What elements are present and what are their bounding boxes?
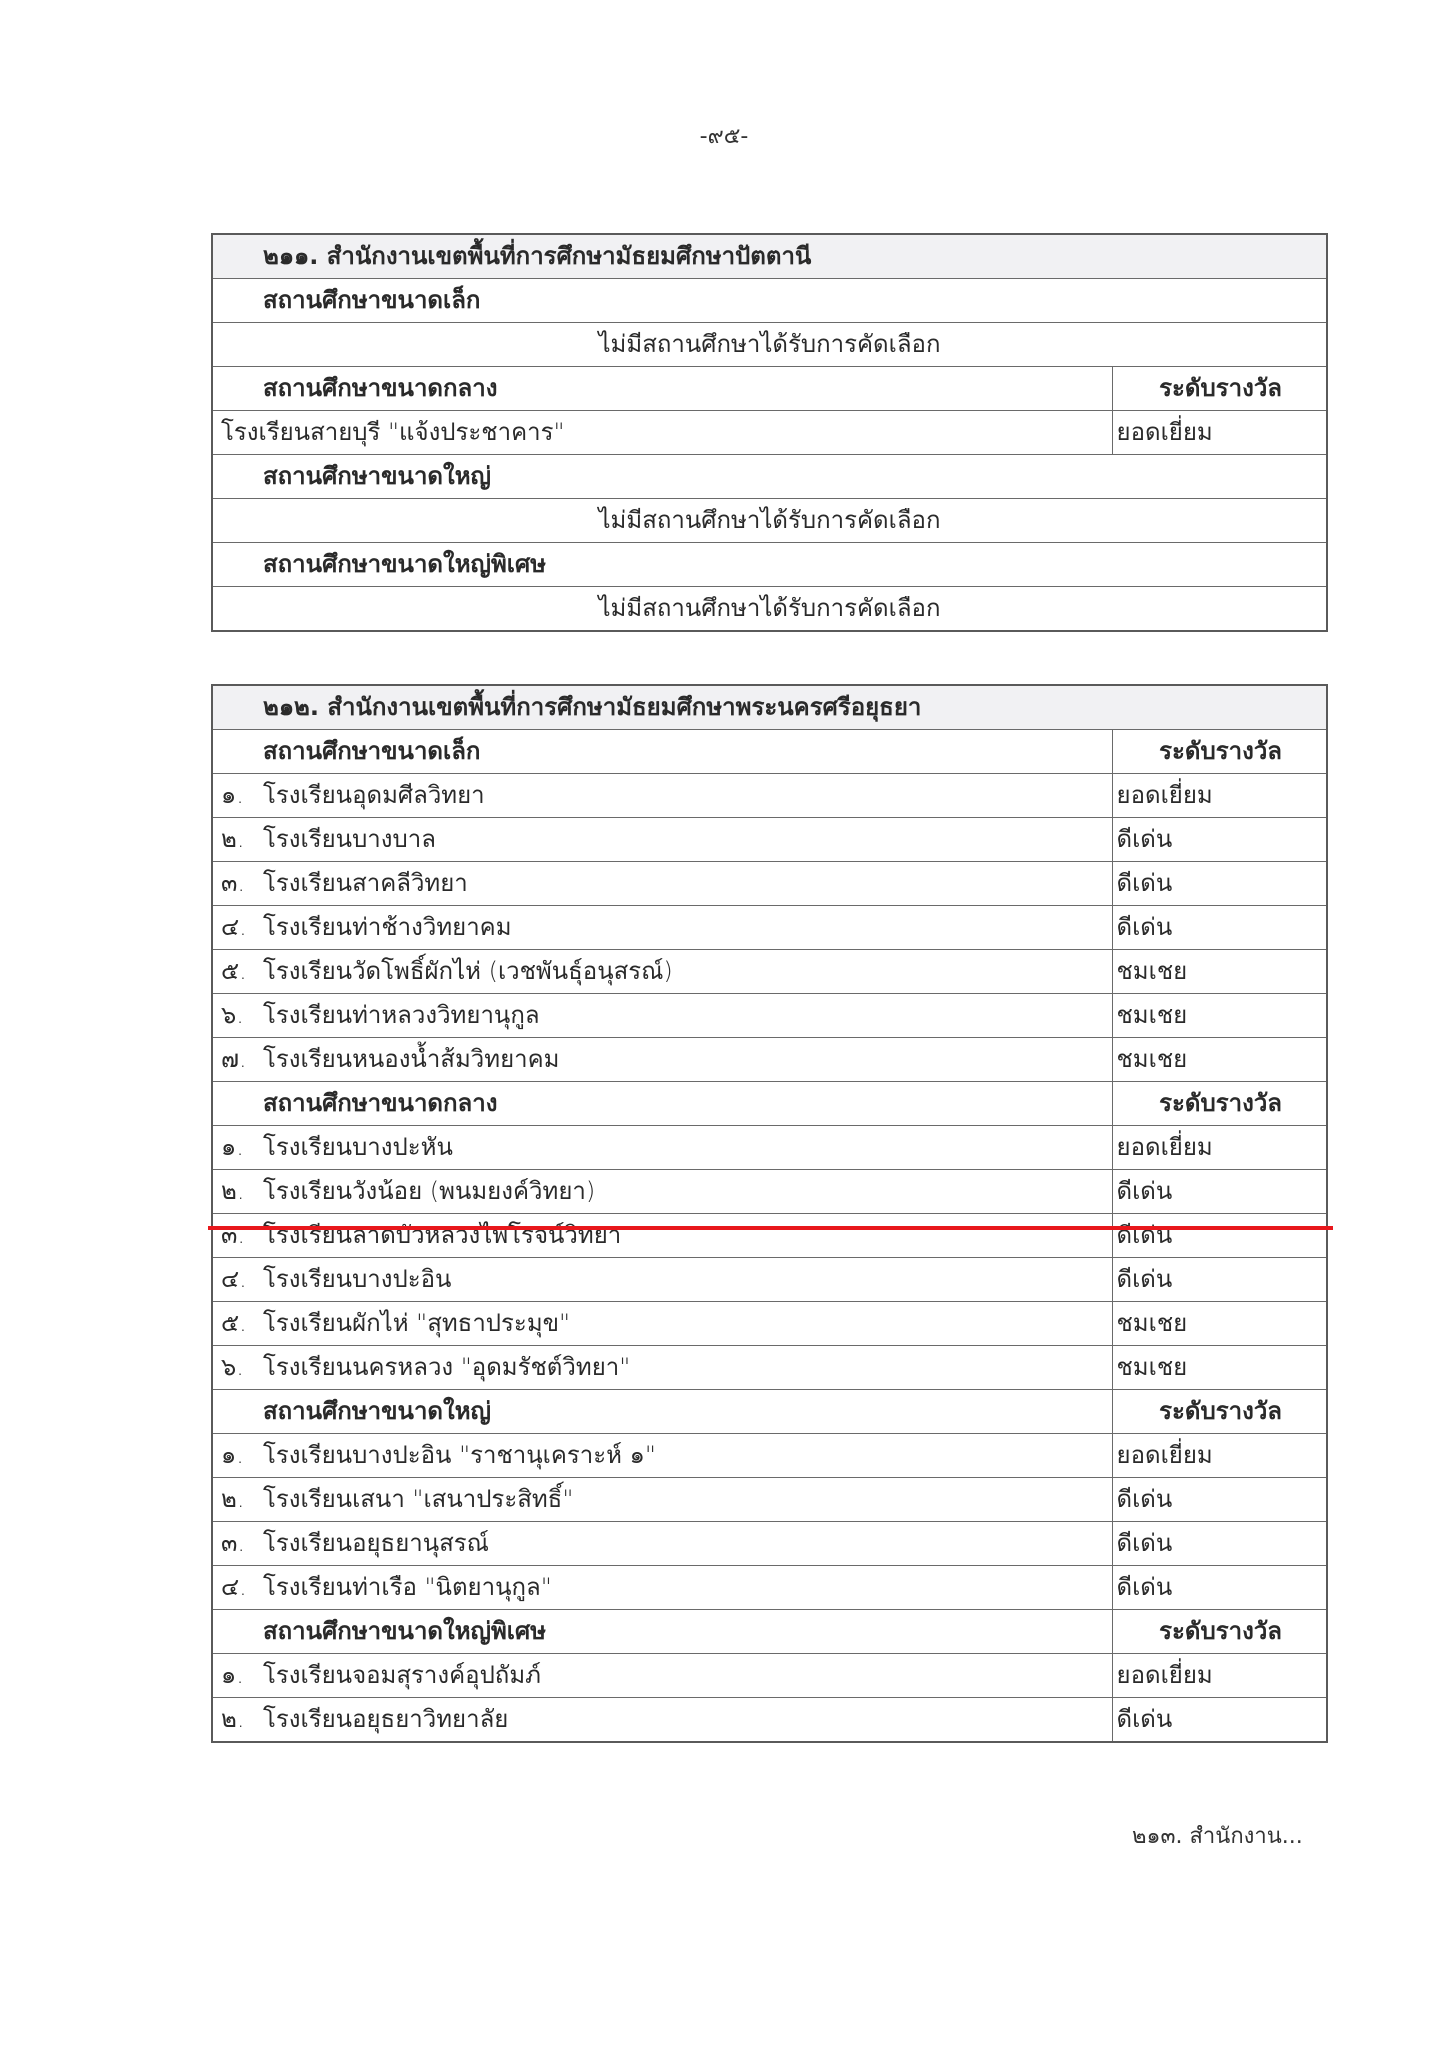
school-number: ๓. <box>221 862 263 905</box>
category-row: สถานศึกษาขนาดกลางระดับรางวัล <box>212 1082 1327 1126</box>
award-level-header: ระดับรางวัล <box>1112 367 1327 411</box>
award-level: ยอดเยี่ยม <box>1112 411 1327 455</box>
school-cell: ๖.โรงเรียนท่าหลวงวิทยานุกูล <box>212 994 1112 1038</box>
none-row: ไม่มีสถานศึกษาได้รับการคัดเลือก <box>212 323 1327 367</box>
table-row: ๒.โรงเรียนอยุธยาวิทยาลัยดีเด่น <box>212 1698 1327 1743</box>
award-level: ดีเด่น <box>1112 818 1327 862</box>
table-211: ๒๑๑. สำนักงานเขตพื้นที่การศึกษามัธยมศึกษ… <box>211 233 1328 632</box>
school-cell: ๑.โรงเรียนบางปะหัน <box>212 1126 1112 1170</box>
table-row: ๒.โรงเรียนบางบาลดีเด่น <box>212 818 1327 862</box>
table-row: โรงเรียนสายบุรี "แจ้งประชาคาร"ยอดเยี่ยม <box>212 411 1327 455</box>
school-cell: ๓.โรงเรียนอยุธยานุสรณ์ <box>212 1522 1112 1566</box>
award-level: ยอดเยี่ยม <box>1112 1654 1327 1698</box>
award-level-header: ระดับรางวัล <box>1112 730 1327 774</box>
table-row: ๓.โรงเรียนอยุธยานุสรณ์ดีเด่น <box>212 1522 1327 1566</box>
award-level: ชมเชย <box>1112 950 1327 994</box>
table-row: ๑.โรงเรียนจอมสุรางค์อุปถัมภ์ยอดเยี่ยม <box>212 1654 1327 1698</box>
no-school-selected: ไม่มีสถานศึกษาได้รับการคัดเลือก <box>212 499 1327 543</box>
school-cell: ๖.โรงเรียนนครหลวง "อุดมรัชต์วิทยา" <box>212 1346 1112 1390</box>
school-cell: ๑.โรงเรียนบางปะอิน "ราชานุเคราะห์ ๑" <box>212 1434 1112 1478</box>
none-row: ไม่มีสถานศึกษาได้รับการคัดเลือก <box>212 499 1327 543</box>
table-row: ๓.โรงเรียนลาดบัวหลวงไพโรจน์วิทยาดีเด่น <box>212 1214 1327 1258</box>
school-name: โรงเรียนสายบุรี "แจ้งประชาคาร" <box>221 418 565 446</box>
title-row: ๒๑๑. สำนักงานเขตพื้นที่การศึกษามัธยมศึกษ… <box>212 234 1327 279</box>
school-name: โรงเรียนเสนา "เสนาประสิทธิ์" <box>263 1485 573 1513</box>
award-level: ดีเด่น <box>1112 1698 1327 1743</box>
school-number: ๖. <box>221 1346 263 1389</box>
table-row: ๔.โรงเรียนท่าช้างวิทยาคมดีเด่น <box>212 906 1327 950</box>
school-cell: ๕.โรงเรียนวัดโพธิ์ผักไห่ (เวชพันธุ์อนุสร… <box>212 950 1112 994</box>
award-level: ดีเด่น <box>1112 1566 1327 1610</box>
category-row: สถานศึกษาขนาดเล็ก <box>212 279 1327 323</box>
category-row: สถานศึกษาขนาดใหญ่ระดับรางวัล <box>212 1390 1327 1434</box>
school-cell: ๕.โรงเรียนผักไห่ "สุทธาประมุข" <box>212 1302 1112 1346</box>
red-annotation-line <box>208 1226 1333 1230</box>
award-level: ดีเด่น <box>1112 1214 1327 1258</box>
table-row: ๖.โรงเรียนท่าหลวงวิทยานุกูลชมเชย <box>212 994 1327 1038</box>
school-name: โรงเรียนบางบาล <box>263 825 436 853</box>
table-row: ๓.โรงเรียนสาคลีวิทยาดีเด่น <box>212 862 1327 906</box>
school-cell: ๔.โรงเรียนท่าเรือ "นิตยานุกูล" <box>212 1566 1112 1610</box>
school-number: ๒. <box>221 1698 263 1741</box>
category-row: สถานศึกษาขนาดกลางระดับรางวัล <box>212 367 1327 411</box>
school-name: โรงเรียนหนองน้ำส้มวิทยาคม <box>263 1045 559 1073</box>
table-row: ๑.โรงเรียนอุดมศีลวิทยายอดเยี่ยม <box>212 774 1327 818</box>
category-label: สถานศึกษาขนาดเล็ก <box>212 730 1112 774</box>
school-name: โรงเรียนบางปะอิน "ราชานุเคราะห์ ๑" <box>263 1441 656 1469</box>
school-number: ๕. <box>221 950 263 993</box>
school-number: ๔. <box>221 906 263 949</box>
table-title: ๒๑๒. สำนักงานเขตพื้นที่การศึกษามัธยมศึกษ… <box>212 685 1327 730</box>
school-number: ๓. <box>221 1214 263 1257</box>
table-row: ๕.โรงเรียนผักไห่ "สุทธาประมุข"ชมเชย <box>212 1302 1327 1346</box>
award-level: ชมเชย <box>1112 1302 1327 1346</box>
category-label: สถานศึกษาขนาดใหญ่ <box>212 1390 1112 1434</box>
school-name: โรงเรียนท่าช้างวิทยาคม <box>263 913 512 941</box>
table-row: ๔.โรงเรียนบางปะอินดีเด่น <box>212 1258 1327 1302</box>
no-school-selected: ไม่มีสถานศึกษาได้รับการคัดเลือก <box>212 587 1327 632</box>
continuation-text: ๒๑๓. สำนักงาน... <box>1132 1818 1303 1853</box>
no-school-selected: ไม่มีสถานศึกษาได้รับการคัดเลือก <box>212 323 1327 367</box>
category-label: สถานศึกษาขนาดใหญ่ <box>212 455 1327 499</box>
school-name: โรงเรียนวังน้อย (พนมยงค์วิทยา) <box>263 1177 595 1205</box>
category-label: สถานศึกษาขนาดเล็ก <box>212 279 1327 323</box>
school-name: โรงเรียนจอมสุรางค์อุปถัมภ์ <box>263 1661 541 1689</box>
school-cell: ๒.โรงเรียนอยุธยาวิทยาลัย <box>212 1698 1112 1743</box>
school-cell: ๑.โรงเรียนจอมสุรางค์อุปถัมภ์ <box>212 1654 1112 1698</box>
category-label: สถานศึกษาขนาดใหญ่พิเศษ <box>212 1610 1112 1654</box>
school-cell: ๗.โรงเรียนหนองน้ำส้มวิทยาคม <box>212 1038 1112 1082</box>
award-level: ดีเด่น <box>1112 1258 1327 1302</box>
school-name: โรงเรียนอุดมศีลวิทยา <box>263 781 485 809</box>
table-row: ๒.โรงเรียนวังน้อย (พนมยงค์วิทยา)ดีเด่น <box>212 1170 1327 1214</box>
table-row: ๗.โรงเรียนหนองน้ำส้มวิทยาคมชมเชย <box>212 1038 1327 1082</box>
school-cell: ๒.โรงเรียนเสนา "เสนาประสิทธิ์" <box>212 1478 1112 1522</box>
award-level: ดีเด่น <box>1112 1478 1327 1522</box>
school-name: โรงเรียนอยุธยาวิทยาลัย <box>263 1705 508 1733</box>
school-number: ๕. <box>221 1302 263 1345</box>
page-number: -๙๕- <box>0 118 1448 153</box>
table-row: ๔.โรงเรียนท่าเรือ "นิตยานุกูล"ดีเด่น <box>212 1566 1327 1610</box>
award-level: ชมเชย <box>1112 1038 1327 1082</box>
award-level: ชมเชย <box>1112 1346 1327 1390</box>
table-212: ๒๑๒. สำนักงานเขตพื้นที่การศึกษามัธยมศึกษ… <box>211 684 1328 1743</box>
school-cell: ๒.โรงเรียนบางบาล <box>212 818 1112 862</box>
school-cell: โรงเรียนสายบุรี "แจ้งประชาคาร" <box>212 411 1112 455</box>
school-number: ๒. <box>221 1170 263 1213</box>
award-level: ยอดเยี่ยม <box>1112 774 1327 818</box>
award-level: ดีเด่น <box>1112 1170 1327 1214</box>
award-level-header: ระดับรางวัล <box>1112 1082 1327 1126</box>
category-row: สถานศึกษาขนาดใหญ่ <box>212 455 1327 499</box>
award-level: ชมเชย <box>1112 994 1327 1038</box>
award-level: ดีเด่น <box>1112 1522 1327 1566</box>
award-level: ดีเด่น <box>1112 906 1327 950</box>
category-row: สถานศึกษาขนาดใหญ่พิเศษ <box>212 543 1327 587</box>
school-number: ๒. <box>221 818 263 861</box>
school-cell: ๑.โรงเรียนอุดมศีลวิทยา <box>212 774 1112 818</box>
school-name: โรงเรียนผักไห่ "สุทธาประมุข" <box>263 1309 570 1337</box>
school-number: ๔. <box>221 1258 263 1301</box>
school-number: ๒. <box>221 1478 263 1521</box>
category-label: สถานศึกษาขนาดกลาง <box>212 1082 1112 1126</box>
school-number: ๑. <box>221 774 263 817</box>
table-title: ๒๑๑. สำนักงานเขตพื้นที่การศึกษามัธยมศึกษ… <box>212 234 1327 279</box>
school-name: โรงเรียนวัดโพธิ์ผักไห่ (เวชพันธุ์อนุสรณ์… <box>263 957 673 985</box>
award-level: ยอดเยี่ยม <box>1112 1434 1327 1478</box>
school-cell: ๒.โรงเรียนวังน้อย (พนมยงค์วิทยา) <box>212 1170 1112 1214</box>
school-name: โรงเรียนท่าหลวงวิทยานุกูล <box>263 1001 540 1029</box>
award-level: ดีเด่น <box>1112 862 1327 906</box>
table-row: ๖.โรงเรียนนครหลวง "อุดมรัชต์วิทยา"ชมเชย <box>212 1346 1327 1390</box>
category-row: สถานศึกษาขนาดเล็กระดับรางวัล <box>212 730 1327 774</box>
category-label: สถานศึกษาขนาดกลาง <box>212 367 1112 411</box>
school-name: โรงเรียนบางปะอิน <box>263 1265 451 1293</box>
award-level-header: ระดับรางวัล <box>1112 1390 1327 1434</box>
award-level-header: ระดับรางวัล <box>1112 1610 1327 1654</box>
school-name: โรงเรียนบางปะหัน <box>263 1133 453 1161</box>
table-row: ๑.โรงเรียนบางปะอิน "ราชานุเคราะห์ ๑"ยอดเ… <box>212 1434 1327 1478</box>
category-row: สถานศึกษาขนาดใหญ่พิเศษระดับรางวัล <box>212 1610 1327 1654</box>
school-number: ๑. <box>221 1126 263 1169</box>
school-number: ๑. <box>221 1434 263 1477</box>
school-name: โรงเรียนท่าเรือ "นิตยานุกูล" <box>263 1573 552 1601</box>
none-row: ไม่มีสถานศึกษาได้รับการคัดเลือก <box>212 587 1327 632</box>
school-name: โรงเรียนนครหลวง "อุดมรัชต์วิทยา" <box>263 1353 630 1381</box>
school-cell: ๓.โรงเรียนสาคลีวิทยา <box>212 862 1112 906</box>
table-row: ๕.โรงเรียนวัดโพธิ์ผักไห่ (เวชพันธุ์อนุสร… <box>212 950 1327 994</box>
title-row: ๒๑๒. สำนักงานเขตพื้นที่การศึกษามัธยมศึกษ… <box>212 685 1327 730</box>
school-number: ๑. <box>221 1654 263 1697</box>
school-number: ๓. <box>221 1522 263 1565</box>
table-row: ๑.โรงเรียนบางปะหันยอดเยี่ยม <box>212 1126 1327 1170</box>
school-number: ๗. <box>221 1038 263 1081</box>
school-cell: ๔.โรงเรียนบางปะอิน <box>212 1258 1112 1302</box>
school-name: โรงเรียนอยุธยานุสรณ์ <box>263 1529 489 1557</box>
school-cell: ๓.โรงเรียนลาดบัวหลวงไพโรจน์วิทยา <box>212 1214 1112 1258</box>
school-number: ๖. <box>221 994 263 1037</box>
category-label: สถานศึกษาขนาดใหญ่พิเศษ <box>212 543 1327 587</box>
school-cell: ๔.โรงเรียนท่าช้างวิทยาคม <box>212 906 1112 950</box>
school-name: โรงเรียนสาคลีวิทยา <box>263 869 468 897</box>
school-number: ๔. <box>221 1566 263 1609</box>
table-row: ๒.โรงเรียนเสนา "เสนาประสิทธิ์"ดีเด่น <box>212 1478 1327 1522</box>
award-level: ยอดเยี่ยม <box>1112 1126 1327 1170</box>
